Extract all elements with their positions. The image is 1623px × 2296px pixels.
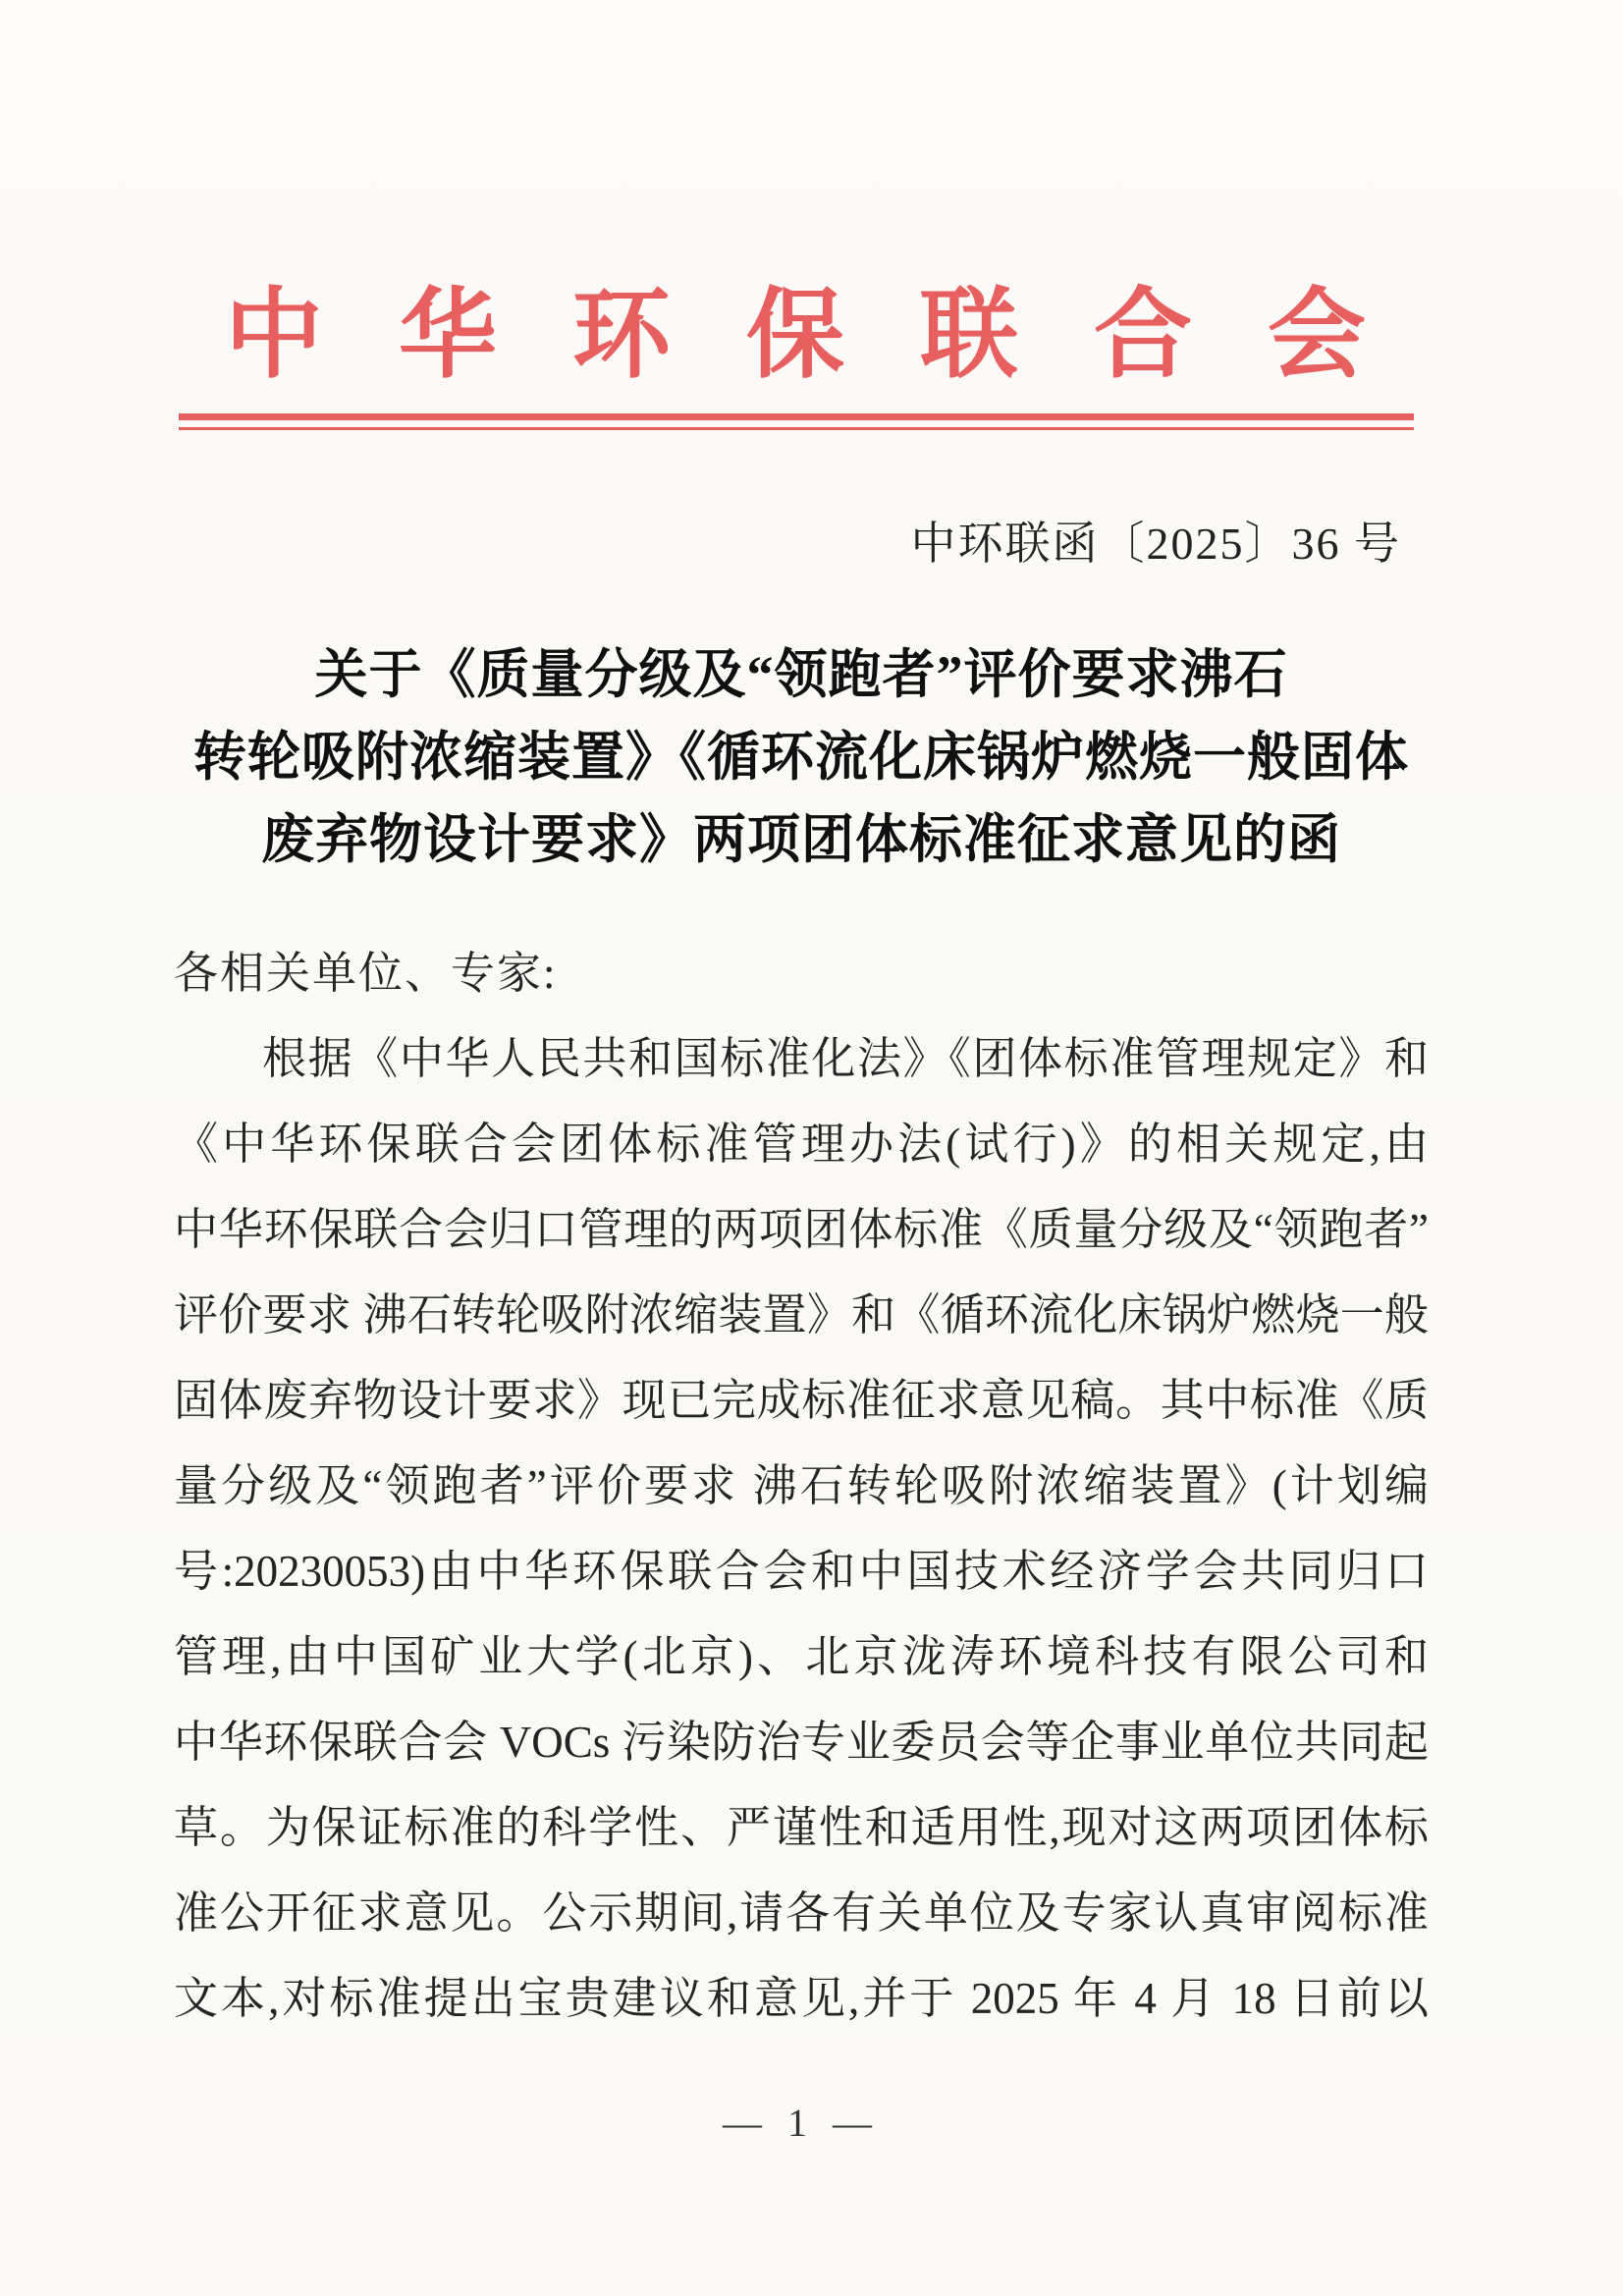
body-line: 准公开征求意见。公示期间,请各有关单位及专家认真审阅标准 bbox=[174, 1871, 1429, 1956]
body-line: 量分级及“领跑者”评价要求 沸石转轮吸附浓缩装置》(计划编 bbox=[174, 1444, 1429, 1529]
body-line: 评价要求 沸石转轮吸附浓缩装置》和《循环流化床锅炉燃烧一般 bbox=[174, 1273, 1429, 1358]
body-line: 《中华环保联合会团体标准管理办法(试行)》的相关规定,由 bbox=[174, 1102, 1429, 1187]
document-title: 关于《质量分级及“领跑者”评价要求沸石 转轮吸附浓缩装置》《循环流化床锅炉燃烧一… bbox=[174, 633, 1429, 881]
body-line: 根据《中华人民共和国标准化法》《团体标准管理规定》和 bbox=[174, 1016, 1429, 1102]
document-title-line-3: 废弃物设计要求》两项团体标准征求意见的函 bbox=[174, 798, 1429, 881]
body-line: 草。为保证标准的科学性、严谨性和适用性,现对这两项团体标 bbox=[174, 1785, 1429, 1871]
letterhead-rule-thin bbox=[179, 427, 1414, 430]
body-line: 中华环保联合会归口管理的两项团体标准《质量分级及“领跑者” bbox=[174, 1187, 1429, 1273]
document-title-line-1: 关于《质量分级及“领跑者”评价要求沸石 bbox=[174, 633, 1429, 716]
document-body: 各相关单位、专家: 根据《中华人民共和国标准化法》《团体标准管理规定》和 《中华… bbox=[174, 931, 1429, 2042]
letterhead-rule-thick bbox=[179, 413, 1414, 420]
page-number: — 1 — bbox=[174, 2100, 1429, 2146]
body-line: 号:20230053)由中华环保联合会和中国技术经济学会共同归口 bbox=[174, 1529, 1429, 1614]
letterhead-org-name: 中 华 环 保 联 合 会 bbox=[174, 278, 1429, 394]
salutation: 各相关单位、专家: bbox=[174, 931, 1429, 1016]
document-number: 中环联函〔2025〕36 号 bbox=[174, 519, 1429, 570]
document-page: 中 华 环 保 联 合 会 中环联函〔2025〕36 号 关于《质量分级及“领跑… bbox=[0, 0, 1623, 2296]
body-line: 固体废弃物设计要求》现已完成标准征求意见稿。其中标准《质 bbox=[174, 1358, 1429, 1444]
body-line: 管理,由中国矿业大学(北京)、北京泷涛环境科技有限公司和 bbox=[174, 1614, 1429, 1700]
body-line: 文本,对标准提出宝贵建议和意见,并于 2025 年 4 月 18 日前以 bbox=[174, 1956, 1429, 2042]
body-line: 中华环保联合会 VOCs 污染防治专业委员会等企事业单位共同起 bbox=[174, 1700, 1429, 1785]
document-title-line-2: 转轮吸附浓缩装置》《循环流化床锅炉燃烧一般固体 bbox=[174, 716, 1429, 798]
